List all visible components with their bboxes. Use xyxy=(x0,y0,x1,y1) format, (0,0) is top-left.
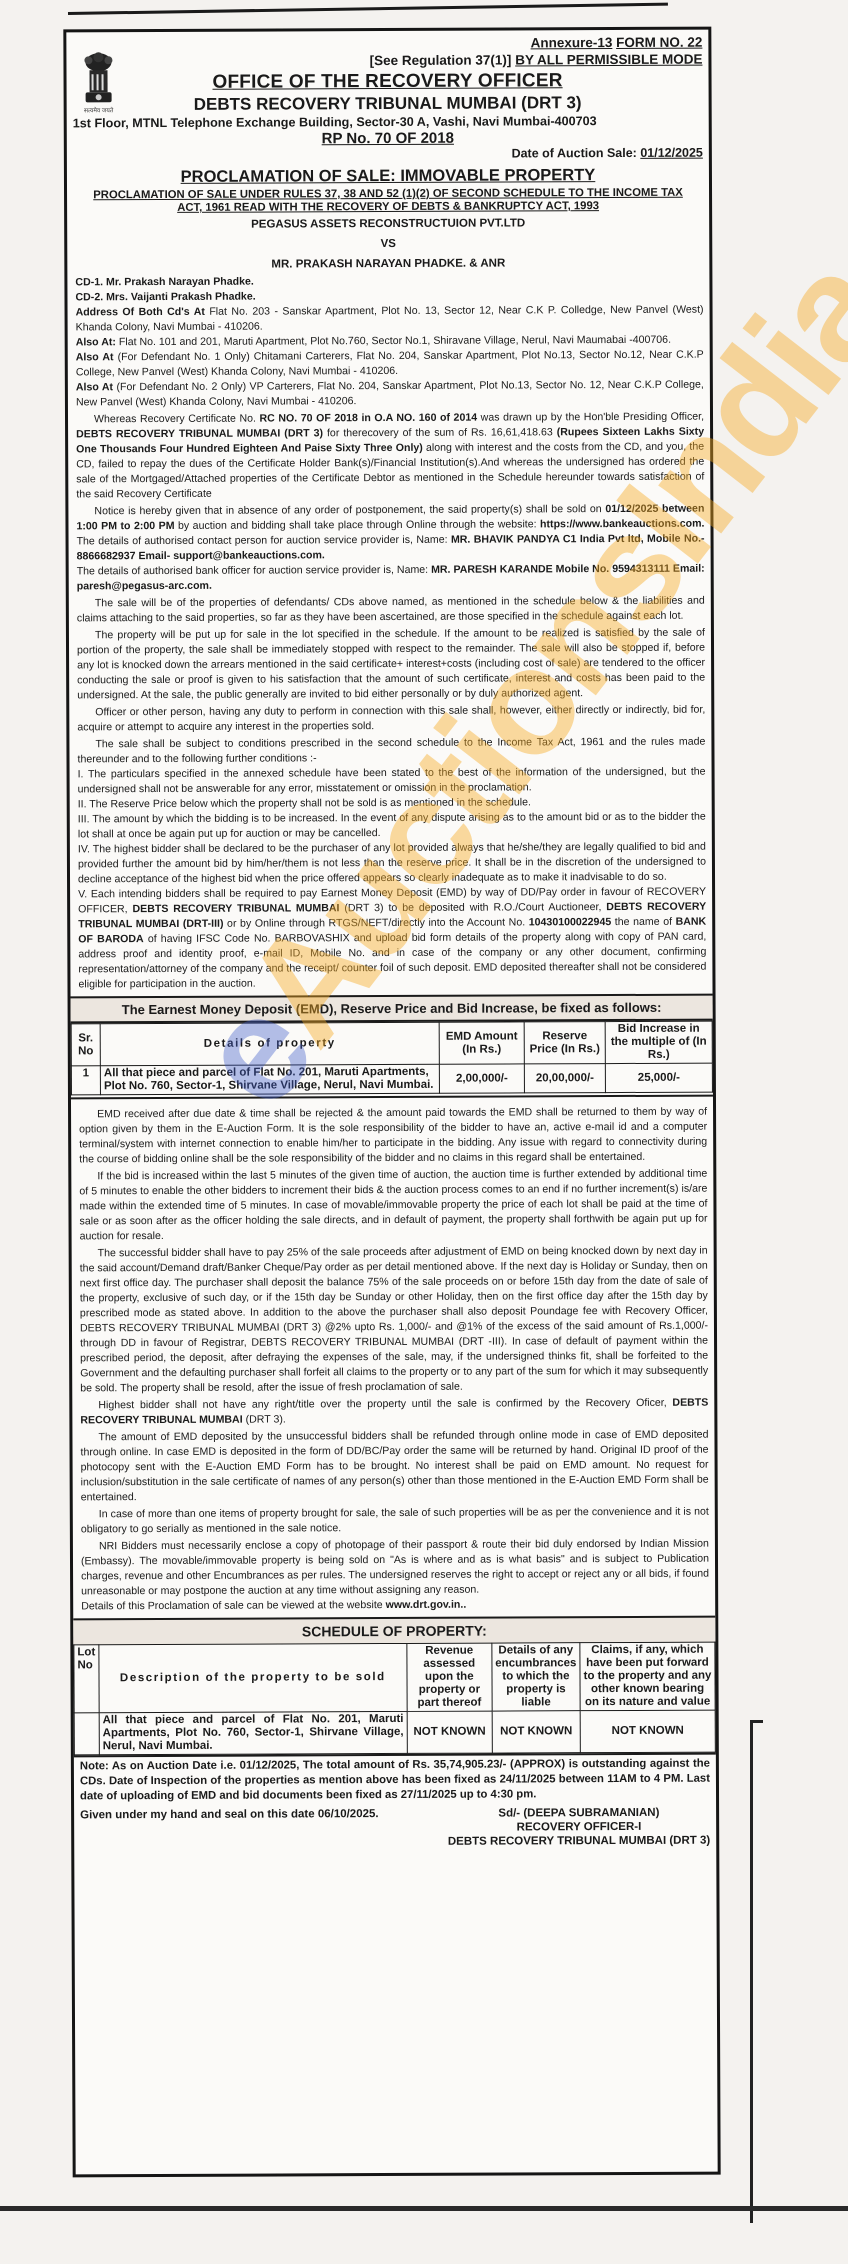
auction-website-link[interactable]: https://www.bankeauctions.com. xyxy=(540,518,704,531)
column-header: Details of property xyxy=(100,1022,439,1065)
column-header: Lot No xyxy=(74,1645,99,1713)
notice-paragraph: Notice is hereby given that in absence o… xyxy=(76,502,704,565)
column-header: Description of the property to be sold xyxy=(99,1643,407,1712)
condition-5: V. Each intending bidders shall be requi… xyxy=(78,885,706,993)
signature-block: Sd/- (DEEPA SUBRAMANIAN) RECOVERY OFFICE… xyxy=(448,1806,711,1849)
column-header: Details of any encumbrances to which the… xyxy=(492,1643,580,1711)
mode-label: BY ALL PERMISSIBLE MODE xyxy=(515,52,702,68)
column-header: Revenue assessed upon the property or pa… xyxy=(407,1643,492,1711)
address-item: Also At (For Defendant No. 1 Only) Chita… xyxy=(76,348,704,381)
emd-received-paragraph: EMD received after due date & time shall… xyxy=(79,1105,707,1168)
successful-bidder-paragraph: The successful bidder shall have to pay … xyxy=(80,1244,709,1397)
annexure-label: Annexure-13 xyxy=(531,35,613,50)
condition-3: III. The amount by which the bidding is … xyxy=(78,810,706,843)
divider xyxy=(71,1095,713,1106)
signatory-office: DEBTS RECOVERY TRIBUNAL MUMBAI (DRT 3) xyxy=(448,1834,710,1849)
form-number: FORM NO. 22 xyxy=(616,35,702,50)
terms-body: EMD received after due date & time shall… xyxy=(71,1105,715,1615)
form-reference: Annexure-13 FORM NO. 22 [See Regulation … xyxy=(66,30,708,71)
officer-paragraph: Officer or other person, having any duty… xyxy=(77,703,705,736)
national-emblem-icon: सत्यमेव जयते xyxy=(76,50,120,130)
case-parties: PEGASUS ASSETS RECONSTRUCTUION PVT.LTD V… xyxy=(67,213,709,276)
table-row: All that piece and parcel of Flat No. 20… xyxy=(74,1710,715,1755)
more-items-paragraph: In case of more than one items of proper… xyxy=(81,1505,709,1538)
reserve-price: 20,00,000/- xyxy=(524,1064,605,1093)
top-rule xyxy=(68,3,668,15)
notice-body: CD-1. Mr. Prakash Narayan Phadke. CD-2. … xyxy=(67,273,712,993)
sale-paragraph: The sale will be of the properties of de… xyxy=(77,594,705,627)
column-header: Reserve Price (In Rs.) xyxy=(524,1022,605,1064)
drt-website-link[interactable]: www.drt.gov.in.. xyxy=(386,1599,467,1611)
column-header: Sr. No xyxy=(71,1024,100,1066)
table-header-row: Sr. No Details of property EMD Amount (I… xyxy=(71,1021,712,1066)
subject-to-paragraph: The sale shall be subject to conditions … xyxy=(77,735,705,768)
proclamation-subtitle: PROCLAMATION OF SALE UNDER RULES 37, 38 … xyxy=(67,185,709,216)
signature-row: Given under my hand and seal on this dat… xyxy=(74,1804,716,1855)
details-website-paragraph: Details of this Proclamation of sale can… xyxy=(81,1597,709,1615)
tribunal-address: 1st Floor, MTNL Telephone Exchange Build… xyxy=(67,114,709,131)
applicant-name: PEGASUS ASSETS RECONSTRUCTUION PVT.LTD xyxy=(67,213,709,236)
refund-paragraph: The amount of EMD deposited by the unsuc… xyxy=(80,1428,708,1506)
tribunal-name: DEBTS RECOVERY TRIBUNAL MUMBAI (DRT 3) xyxy=(67,93,709,116)
regulation-label: [See Regulation 37(1)] xyxy=(370,52,512,68)
bid-increase: 25,000/- xyxy=(605,1063,712,1092)
nri-paragraph: NRI Bidders must necessarily enclose a c… xyxy=(81,1537,709,1600)
schedule-title: SCHEDULE OF PROPERTY: xyxy=(73,1616,715,1645)
address-item: Address Of Both Cd's At Flat No. 203 - S… xyxy=(76,303,704,336)
adjacent-column-frame xyxy=(750,1720,763,2223)
column-header: Bid Increase in the multiple of (In Rs.) xyxy=(605,1021,712,1063)
whereas-paragraph: Whereas Recovery Certificate No. RC NO. … xyxy=(76,410,704,503)
put-up-paragraph: The property will be put up for sale in … xyxy=(77,626,705,704)
table-header-row: Lot No Description of the property to be… xyxy=(74,1642,715,1713)
office-title: OFFICE OF THE RECOVERY OFFICER xyxy=(67,70,709,95)
outstanding-note: Note: As on Auction Date i.e. 01/12/2025… xyxy=(74,1753,716,1807)
signatory-designation: RECOVERY OFFICER-I xyxy=(448,1820,710,1835)
column-header: Claims, if any, which have been put forw… xyxy=(580,1642,715,1711)
auction-date: Date of Auction Sale: 01/12/2025 xyxy=(67,146,709,163)
bottom-rule xyxy=(0,2206,848,2211)
bid-extension-paragraph: If the bid is increased within the last … xyxy=(79,1167,707,1245)
bank-officer-paragraph: The details of authorised bank officer f… xyxy=(77,562,705,595)
respondent-name: MR. PRAKASH NARAYAN PHADKE. & ANR xyxy=(67,253,709,276)
table-row: 1 All that piece and parcel of Flat No. … xyxy=(71,1063,712,1095)
condition-1: I. The particulars specified in the anne… xyxy=(78,765,706,798)
proclamation-notice: सत्यमेव जयते Annexure-13 FORM NO. 22 [Se… xyxy=(63,27,720,2178)
versus-label: VS xyxy=(67,233,709,256)
emd-amount: 2,00,000/- xyxy=(439,1064,524,1093)
svg-text:सत्यमेव जयते: सत्यमेव जयते xyxy=(84,106,114,114)
emd-table: Sr. No Details of property EMD Amount (I… xyxy=(71,1021,713,1096)
highest-bidder-paragraph: Highest bidder shall not have any right/… xyxy=(80,1396,708,1429)
auction-date-label: Date of Auction Sale: xyxy=(512,146,637,161)
given-under-text: Given under my hand and seal on this dat… xyxy=(80,1807,379,1850)
column-header: EMD Amount (In Rs.) xyxy=(439,1022,524,1064)
auction-date-value: 01/12/2025 xyxy=(640,146,703,160)
signatory-name: Sd/- (DEEPA SUBRAMANIAN) xyxy=(448,1806,710,1821)
condition-4: IV. The highest bidder shall be declared… xyxy=(78,840,706,888)
emd-table-title: The Earnest Money Deposit (EMD), Reserve… xyxy=(71,994,713,1024)
address-item: Also At (For Defendant No. 2 Only) VP Ca… xyxy=(76,378,704,411)
schedule-table: Lot No Description of the property to be… xyxy=(73,1642,715,1756)
